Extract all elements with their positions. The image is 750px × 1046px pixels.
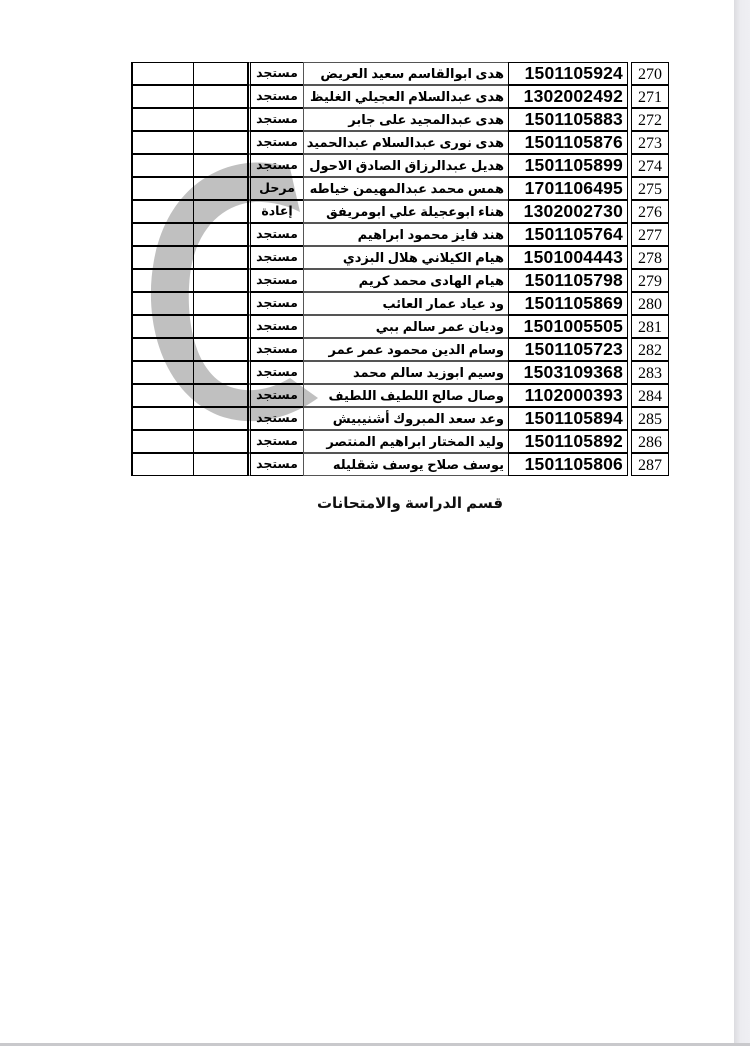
- table-row: مستجد ود عياد عمار العائب 1501105869 280: [131, 292, 669, 315]
- table-row: مستجد وديان عمر سالم ببي 1501005505 281: [131, 315, 669, 338]
- blank-cell-1: [131, 430, 194, 453]
- name-cell: وديان عمر سالم ببي: [303, 315, 509, 338]
- table-row: إعادة هناء ابوعجيلة علي ابومريفق 1302002…: [131, 200, 669, 223]
- student-id-cell: 1501004443: [508, 246, 628, 269]
- blank-cell-2: [193, 108, 248, 131]
- blank-cell-2: [193, 338, 248, 361]
- blank-cell-1: [131, 315, 194, 338]
- student-id-cell: 1302002492: [508, 85, 628, 108]
- student-id-cell: 1501105723: [508, 338, 628, 361]
- student-id-cell: 1501105869: [508, 292, 628, 315]
- student-id-cell: 1102000393: [508, 384, 628, 407]
- blank-cell-1: [131, 85, 194, 108]
- blank-cell-1: [131, 292, 194, 315]
- table-row: مستجد هدى عبدالمجيد على جابر 1501105883 …: [131, 108, 669, 131]
- status-cell: مستجد: [248, 407, 304, 430]
- table-row: مستجد هدى ابوالقاسم سعيد العريض 15011059…: [131, 62, 669, 85]
- status-cell: مستجد: [248, 315, 304, 338]
- student-id-cell: 1701106495: [508, 177, 628, 200]
- student-id-cell: 1302002730: [508, 200, 628, 223]
- blank-cell-1: [131, 246, 194, 269]
- status-cell: مستجد: [248, 361, 304, 384]
- name-cell: هيام الهادى محمد كريم: [303, 269, 509, 292]
- blank-cell-1: [131, 200, 194, 223]
- blank-cell-2: [193, 154, 248, 177]
- status-cell: مستجد: [248, 338, 304, 361]
- row-number-cell: 285: [631, 407, 669, 430]
- blank-cell-2: [193, 361, 248, 384]
- row-number-cell: 281: [631, 315, 669, 338]
- student-id-cell: 1501105798: [508, 269, 628, 292]
- status-cell: مستجد: [248, 384, 304, 407]
- status-cell: مستجد: [248, 430, 304, 453]
- table-row: مستجد هدى عبدالسلام العجيلي الغليظ 13020…: [131, 85, 669, 108]
- blank-cell-2: [193, 384, 248, 407]
- status-cell: مستجد: [248, 246, 304, 269]
- blank-cell-1: [131, 223, 194, 246]
- name-cell: هند فايز محمود ابراهيم: [303, 223, 509, 246]
- name-cell: هيام الكيلاني هلال البزدي: [303, 246, 509, 269]
- table-row: مستجد وسام الدين محمود عمر عمر 150110572…: [131, 338, 669, 361]
- row-number-cell: 270: [631, 62, 669, 85]
- blank-cell-2: [193, 269, 248, 292]
- row-number-cell: 283: [631, 361, 669, 384]
- blank-cell-2: [193, 177, 248, 200]
- student-id-cell: 1501105883: [508, 108, 628, 131]
- table-row: مستجد هيام الكيلاني هلال البزدي 15010044…: [131, 246, 669, 269]
- student-id-cell: 1501105894: [508, 407, 628, 430]
- row-number-cell: 279: [631, 269, 669, 292]
- blank-cell-1: [131, 453, 194, 476]
- status-cell: مستجد: [248, 131, 304, 154]
- blank-cell-1: [131, 384, 194, 407]
- row-number-cell: 280: [631, 292, 669, 315]
- student-id-cell: 1501105876: [508, 131, 628, 154]
- name-cell: هناء ابوعجيلة علي ابومريفق: [303, 200, 509, 223]
- blank-cell-1: [131, 131, 194, 154]
- blank-cell-2: [193, 407, 248, 430]
- blank-cell-1: [131, 407, 194, 430]
- student-id-cell: 1501105764: [508, 223, 628, 246]
- blank-cell-2: [193, 223, 248, 246]
- status-cell: مستجد: [248, 62, 304, 85]
- name-cell: هديل عبدالرزاق الصادق الاحول: [303, 154, 509, 177]
- row-number-cell: 274: [631, 154, 669, 177]
- row-number-cell: 287: [631, 453, 669, 476]
- row-number-cell: 272: [631, 108, 669, 131]
- name-cell: يوسف صلاح يوسف شقليله: [303, 453, 509, 476]
- student-id-cell: 1501105924: [508, 62, 628, 85]
- blank-cell-2: [193, 453, 248, 476]
- name-cell: هدى عبدالسلام العجيلي الغليظ: [303, 85, 509, 108]
- blank-cell-2: [193, 430, 248, 453]
- viewer-edge: [734, 0, 750, 1046]
- blank-cell-2: [193, 85, 248, 108]
- row-number-cell: 282: [631, 338, 669, 361]
- status-cell: مستجد: [248, 269, 304, 292]
- blank-cell-1: [131, 108, 194, 131]
- blank-cell-1: [131, 361, 194, 384]
- row-number-cell: 278: [631, 246, 669, 269]
- row-number-cell: 286: [631, 430, 669, 453]
- table-row: مستجد هدى نورى عبدالسلام عبدالحميد 15011…: [131, 131, 669, 154]
- student-id-cell: 1503109368: [508, 361, 628, 384]
- blank-cell-2: [193, 131, 248, 154]
- status-cell: إعادة: [248, 200, 304, 223]
- department-title: قسم الدراسة والامتحانات: [300, 494, 520, 512]
- name-cell: هدى ابوالقاسم سعيد العريض: [303, 62, 509, 85]
- name-cell: وعد سعد المبروك أشنيبيش: [303, 407, 509, 430]
- table-row: مستجد وسيم ابوزيد سالم محمد 1503109368 2…: [131, 361, 669, 384]
- blank-cell-2: [193, 315, 248, 338]
- blank-cell-2: [193, 246, 248, 269]
- table-row: مستجد هديل عبدالرزاق الصادق الاحول 15011…: [131, 154, 669, 177]
- status-cell: مستجد: [248, 108, 304, 131]
- table-row: مستجد هيام الهادى محمد كريم 1501105798 2…: [131, 269, 669, 292]
- row-number-cell: 277: [631, 223, 669, 246]
- row-number-cell: 276: [631, 200, 669, 223]
- name-cell: وسيم ابوزيد سالم محمد: [303, 361, 509, 384]
- table-row: مستجد وصال صالح اللطيف اللطيف 1102000393…: [131, 384, 669, 407]
- row-number-cell: 271: [631, 85, 669, 108]
- name-cell: وليد المختار ابراهيم المنتصر: [303, 430, 509, 453]
- blank-cell-2: [193, 200, 248, 223]
- student-id-cell: 1501105806: [508, 453, 628, 476]
- blank-cell-1: [131, 154, 194, 177]
- status-cell: مستجد: [248, 223, 304, 246]
- status-cell: مرحل: [248, 177, 304, 200]
- blank-cell-2: [193, 292, 248, 315]
- student-id-cell: 1501105892: [508, 430, 628, 453]
- student-id-cell: 1501005505: [508, 315, 628, 338]
- table-row: مستجد وليد المختار ابراهيم المنتصر 15011…: [131, 430, 669, 453]
- blank-cell-2: [193, 62, 248, 85]
- blank-cell-1: [131, 269, 194, 292]
- row-number-cell: 275: [631, 177, 669, 200]
- blank-cell-1: [131, 177, 194, 200]
- row-number-cell: 284: [631, 384, 669, 407]
- status-cell: مستجد: [248, 85, 304, 108]
- status-cell: مستجد: [248, 292, 304, 315]
- status-cell: مستجد: [248, 154, 304, 177]
- name-cell: وصال صالح اللطيف اللطيف: [303, 384, 509, 407]
- name-cell: ود عياد عمار العائب: [303, 292, 509, 315]
- student-id-cell: 1501105899: [508, 154, 628, 177]
- name-cell: هدى نورى عبدالسلام عبدالحميد: [303, 131, 509, 154]
- status-cell: مستجد: [248, 453, 304, 476]
- table-row: مستجد هند فايز محمود ابراهيم 1501105764 …: [131, 223, 669, 246]
- blank-cell-1: [131, 62, 194, 85]
- name-cell: هدى عبدالمجيد على جابر: [303, 108, 509, 131]
- table-row: مستجد وعد سعد المبروك أشنيبيش 1501105894…: [131, 407, 669, 430]
- blank-cell-1: [131, 338, 194, 361]
- name-cell: همس محمد عبدالمهيمن خياطه: [303, 177, 509, 200]
- name-cell: وسام الدين محمود عمر عمر: [303, 338, 509, 361]
- table-row: مستجد يوسف صلاح يوسف شقليله 1501105806 2…: [131, 453, 669, 476]
- row-number-cell: 273: [631, 131, 669, 154]
- table-row: مرحل همس محمد عبدالمهيمن خياطه 170110649…: [131, 177, 669, 200]
